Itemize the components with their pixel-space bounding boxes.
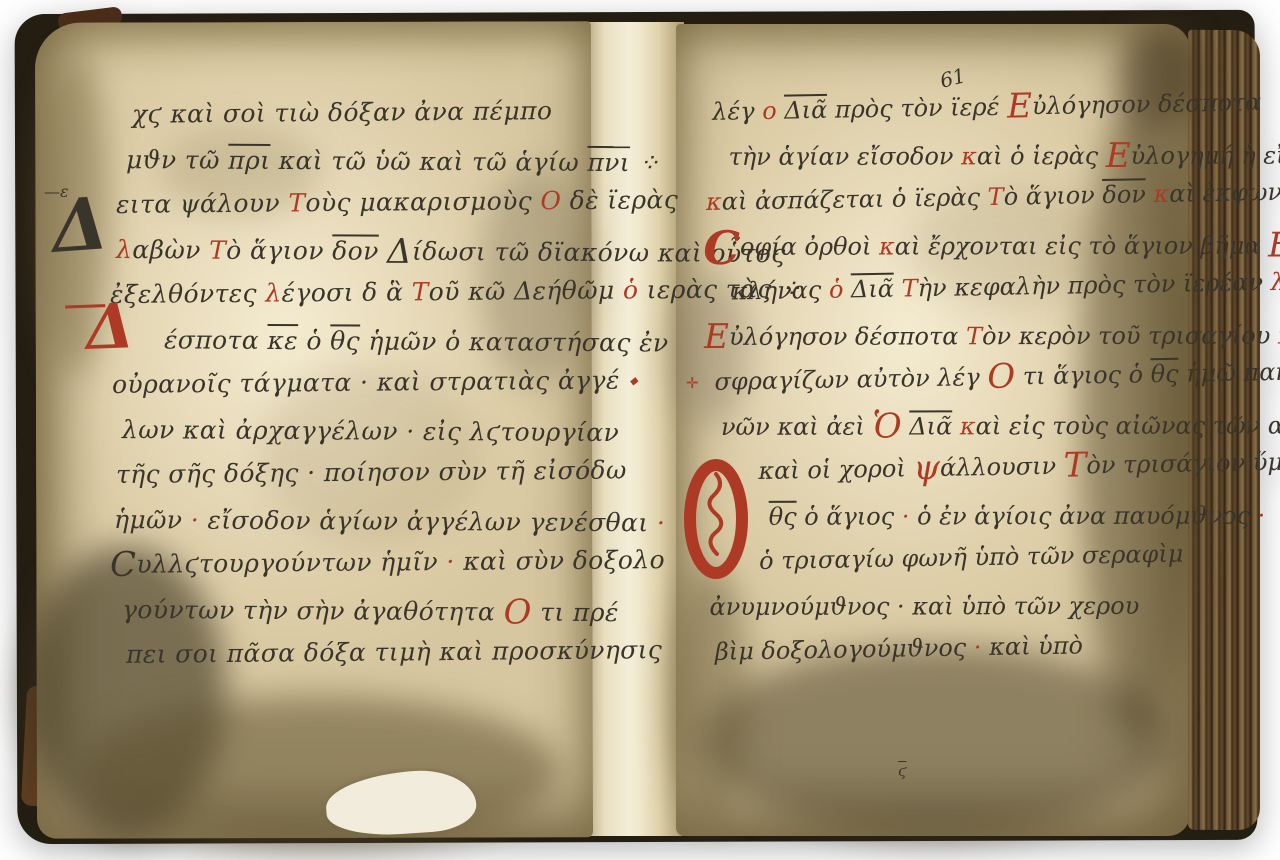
- rubric-text: Ϲ: [703, 221, 740, 275]
- ink-text: δὲ ϊερὰς: [561, 185, 678, 215]
- ink-text: πνι: [587, 148, 630, 177]
- ink-text: Διᾶ: [851, 275, 894, 304]
- manuscript-line: ἐξελθόντες λέγοσι δ ἃ Τοῦ κῶ Δεήθῶμ ὁ ιε…: [110, 268, 584, 317]
- ink-text: άλλουσιν: [940, 452, 1064, 482]
- initial-delta-black: Δ: [49, 180, 111, 269]
- ink-text: αβὼν: [132, 235, 209, 264]
- ink-text: ὸ ἅγιον: [1003, 181, 1102, 211]
- ink-text: αὶ ἔρχονται εἰς τὸ ἅγιον βῆμα: [895, 232, 1268, 261]
- ink-text: καὶ οἱ χοροὶ: [758, 454, 914, 485]
- ink-text: πρὸς τὸν ϊερέ: [827, 93, 1007, 124]
- ink-text: αὶ ἐκφωνήσ ὁ: [1169, 177, 1280, 208]
- ink-text: τι πρέ: [532, 598, 619, 628]
- rubric-text: ·: [446, 547, 455, 576]
- ink-text: μϑν τῶ: [126, 145, 228, 175]
- rubric-text: Ε: [1007, 86, 1033, 126]
- ink-text: ὐλόγησον δέσποτα: [729, 322, 966, 351]
- manuscript-line: οὐρανοῖς τάγματα · καὶ στρατιὰς ἀγγέ ⬩: [110, 358, 584, 407]
- rubric-text: Ε: [1268, 225, 1280, 265]
- ink-text: ὁ ἅγιος: [797, 502, 902, 530]
- left-page-text: χϛ καὶ σοὶ τιὼ δόξαν ἀνα πέμπομϑν τῶ πρι…: [110, 92, 584, 677]
- manuscript-line: βὶμ δοξολογούμϑνος · καὶ ὑπὸ: [707, 622, 1184, 675]
- ink-text: θς: [769, 503, 797, 531]
- rubric-text: Ο: [503, 592, 532, 632]
- manuscript-line: λέγ ο Διᾶ πρὸς τὸν ϊερέ Εὐλόγησον δέσποτ…: [702, 82, 1179, 135]
- rubric-text: Τ: [1063, 445, 1086, 485]
- rubric-text: ο: [762, 97, 777, 125]
- manuscript-line: ειτα ψάλουν Τοὺς μακαρισμοὺς Ο δὲ ϊερὰς: [110, 178, 584, 227]
- ink-text: πρι: [228, 146, 270, 175]
- ink-text: λέγ: [712, 97, 763, 126]
- ink-text: αὶ ὁ ἱερὰς: [977, 142, 1106, 170]
- ink-text: ⁘: [630, 148, 660, 177]
- ink-text: πει σοι πᾶσα δόξα τιμὴ καὶ προσκύνησις: [126, 635, 663, 669]
- manuscript-book: χϛ καὶ σοὶ τιὼ δόξαν ἀνα πέμπομϑν τῶ πρι…: [10, 6, 1262, 848]
- ink-text: οῦ κῶ Δεήθῶμ: [429, 276, 623, 307]
- rubric-text: κ: [879, 232, 895, 260]
- ink-text: κλήνας: [732, 276, 830, 306]
- rubric-text: λ: [265, 279, 282, 308]
- ink-text: δον: [1102, 180, 1146, 209]
- rubric-text: ·: [902, 502, 910, 530]
- ink-text: ὐλόγησον δέσποτα: [1032, 88, 1262, 120]
- manuscript-line: πει σοι πᾶσα δόξα τιμὴ καὶ προσκύνησις: [110, 628, 584, 677]
- ink-text: καὶ ὑπὸ: [981, 631, 1083, 661]
- rubric-text: Ε: [1106, 136, 1131, 176]
- initial-delta-red: Δ: [85, 289, 136, 364]
- manuscript-line: σφραγίζων αὐτὸν λέγ Ο τι ἅγιος ὁ θς ἡμῶ …: [704, 352, 1181, 405]
- ink-text: δον: [332, 236, 379, 265]
- ink-text: ὸν τρισάγιον ὕμνον·: [1086, 447, 1280, 479]
- ink-text: ὁ τρισαγίω φωνῆ ὑπὸ τῶν σεραφὶμ: [759, 540, 1184, 575]
- rubric-text: ·: [1258, 502, 1266, 530]
- ink-text: οφία ὀρθοὶ: [740, 233, 879, 261]
- rubric-text: Ε: [704, 317, 729, 357]
- rubric-text: Τ: [288, 188, 305, 217]
- ink-text: χϛ καὶ σοὶ τιὼ δόξαν ἀνα πέμπο: [132, 96, 553, 129]
- ink-text: λων καὶ ἀρχαγγέλων · εἰς λϛτουργίαν: [122, 415, 619, 447]
- rubric-text: Τ: [901, 274, 918, 302]
- manuscript-line: χϛ καὶ σοὶ τιὼ δόξαν ἀνα πέμπο: [110, 88, 584, 137]
- quire-mark: ϛ: [898, 762, 906, 780]
- ink-text: ειτα ψάλουν: [116, 188, 289, 219]
- ink-text: [952, 412, 960, 440]
- ink-text: τὴν ἁγίαν εἴσοδον: [729, 142, 962, 171]
- rubric-text: Τ: [412, 277, 429, 306]
- ink-text: ἀνυμνούμϑνος · καὶ ὑπὸ τῶν χερου: [709, 592, 1139, 621]
- ink-text: Ϲ: [110, 545, 137, 585]
- manuscript-line: καὶ ἀσπάζεται ὁ ϊερὰς Τὸ ἅγιον δον καὶ ἐ…: [703, 172, 1180, 225]
- manuscript-line: Ϲυλλϛτουργούντων ἡμῖν · καὶ σὺν δοξολο: [110, 538, 584, 587]
- ink-text: ὁ ἐν ἁγίοις ἀνα παυόμϑνος: [909, 502, 1257, 531]
- initial-omicron-ornamental-icon: [684, 458, 748, 580]
- ink-text: έσποτα: [164, 325, 268, 355]
- ink-text: ἡμῶν ὁ καταστήσας ἐν: [360, 327, 669, 358]
- ink-text: υλλϛτουργούντων ἡμῖν: [136, 547, 446, 579]
- manuscript-line: ὁ τρισαγίω φωνῆ ὑπὸ τῶν σεραφὶμ: [706, 532, 1183, 585]
- ink-text: αὶ εἰς τοὺς αἰῶνας τῶν αἰώνων: [976, 411, 1280, 440]
- ink-text: ὐλογημή ἡ εἴσοδος: [1131, 141, 1280, 170]
- ink-text: αὶ ἀσπάζεται ὁ ϊερὰς: [721, 183, 987, 216]
- ink-text: θς: [1150, 360, 1178, 388]
- rubric-text: ·: [657, 508, 666, 537]
- rubric-text: Τ: [987, 183, 1004, 211]
- manuscript-line: καὶ οἱ χοροὶ ψάλλουσιν Τὸν τρισάγιον ὕμν…: [705, 442, 1182, 495]
- rubric-text: ⬩: [620, 365, 638, 394]
- margin-cross-icon: ✛: [686, 374, 699, 392]
- ink-text: καὶ σὺν δοξολο: [455, 545, 665, 576]
- rubric-text: ὁ: [829, 276, 844, 304]
- rubric-text: κ: [706, 188, 722, 216]
- ink-text: Δ: [387, 232, 412, 272]
- ink-text: ἡμῶν: [114, 505, 191, 534]
- ink-text: θς: [330, 326, 360, 355]
- ink-text: Διᾶ: [784, 96, 827, 125]
- ink-text: γούντων τὴν σὴν ἀγαθότητα: [122, 595, 504, 626]
- rubric-text: Ο: [987, 357, 1016, 397]
- rubric-text: κ: [961, 142, 977, 170]
- ink-text: ὸν κερὸν τοῦ τρισαγίου: [982, 321, 1278, 350]
- right-page-text: λέγ ο Διᾶ πρὸς τὸν ϊερέ Εὐλόγησον δέσποτ…: [702, 86, 1183, 675]
- ink-text: καὶ τῶ ὑῶ καὶ τῶ ἁγίω: [270, 146, 587, 177]
- rubric-text: Ὁ: [872, 406, 901, 446]
- ink-text: ὸ ἅγιον: [226, 236, 332, 266]
- rubric-text: Ο: [540, 186, 561, 215]
- ink-text: ἡμῶ παντὸ: [1178, 357, 1280, 387]
- ink-text: οὐρανοῖς τάγματα · καὶ στρατιὰς ἀγγέ: [112, 366, 620, 399]
- ink-text: ὁ: [298, 326, 330, 355]
- manuscript-line: τῆς σῆς δόξης · ποίησον σὺν τῆ εἰσόδω: [110, 448, 584, 497]
- ink-text: βὶμ δοξολογούμϑνος: [715, 633, 974, 666]
- rubric-text: ·: [191, 505, 200, 534]
- ink-text: τι ἅγιος ὁ: [1015, 360, 1151, 390]
- rubric-text: ψ: [913, 448, 940, 488]
- rubric-text: λ: [1270, 268, 1280, 296]
- rubric-text: Τ: [966, 322, 982, 350]
- ink-text: σφραγίζων αὐτὸν λέγ: [714, 363, 987, 396]
- rubric-text: ὁ: [623, 275, 639, 304]
- ink-text: κε: [267, 326, 298, 355]
- ink-text: έγοσι δ ἃ: [281, 277, 411, 307]
- ink-text: εἴσοδον ἁγίων ἀγγέλων γενέσθαι: [199, 506, 657, 538]
- ink-text: τῆς σῆς δόξης · ποίησον σὺν τῆ εἰσόδω: [116, 455, 627, 488]
- ink-text: [379, 237, 388, 266]
- manuscript-line: κλήνας ὁ Διᾶ Τὴν κεφαλὴν πρὸς τὸν ϊερέαν…: [703, 262, 1180, 315]
- rubric-text: Τ: [209, 236, 226, 265]
- rubric-text: κ: [1153, 180, 1169, 208]
- ink-text: νῶν καὶ ἀεὶ: [721, 413, 873, 441]
- rubric-text: κ: [960, 412, 976, 440]
- ink-text: οὺς μακαρισμοὺς: [305, 186, 540, 217]
- ink-text: Διᾶ: [909, 412, 952, 440]
- rubric-text: λ: [116, 235, 132, 264]
